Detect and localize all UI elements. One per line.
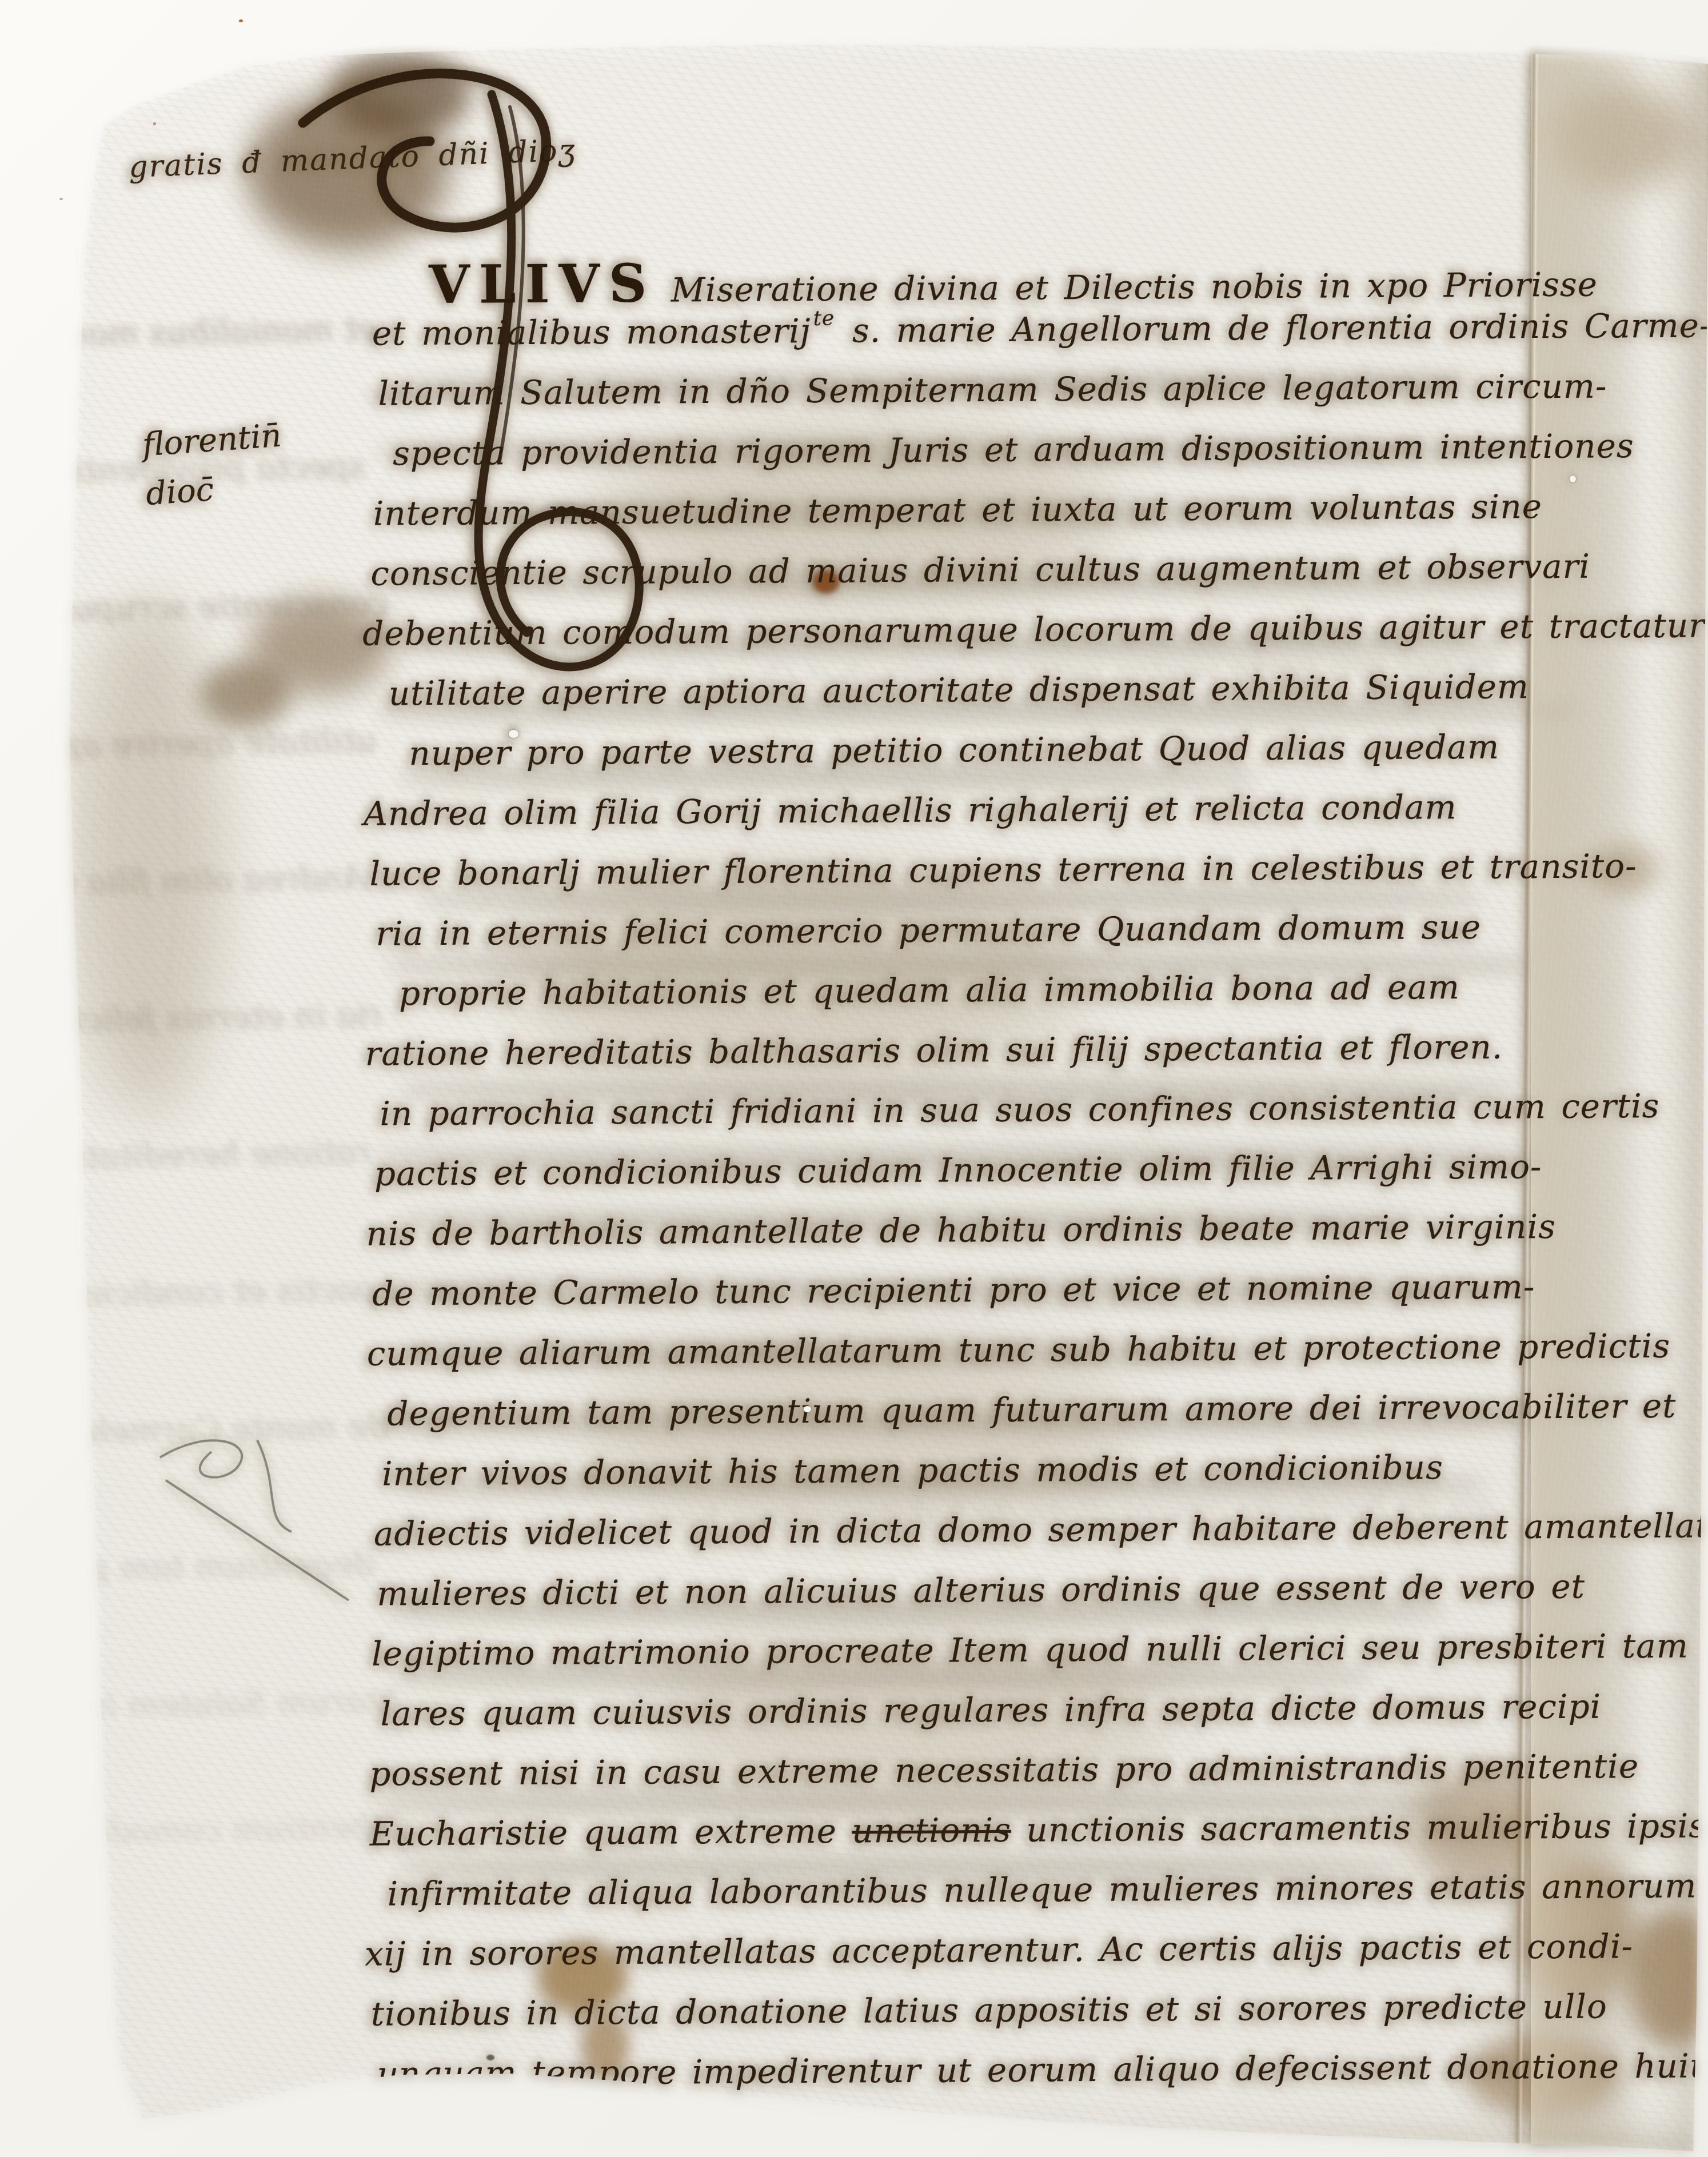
manuscript-word: rigorem (735, 431, 873, 470)
manuscript-word: que (1196, 1569, 1260, 1608)
manuscript-word: lares (380, 1694, 466, 1733)
manuscript-word: voluntas (1310, 488, 1456, 528)
manuscript-word: deberent (1352, 1508, 1509, 1548)
bleed-through-line: debentium comodum personarumque locorum … (0, 1807, 412, 1867)
manuscript-line: VLIVS Miseratione divina et Dilectis nob… (429, 246, 1618, 314)
manuscript-word: conscientie (370, 553, 568, 593)
manuscript-word: et (763, 972, 797, 1010)
manuscript-word: vice (1112, 1269, 1182, 1309)
manuscript-word: his (728, 1452, 779, 1491)
parchment-stain (586, 1337, 1129, 1520)
manuscript-word: condicionibus (542, 1152, 783, 1192)
manuscript-word: iuxta (1031, 490, 1118, 529)
manuscript-word: cultus (1035, 549, 1141, 589)
manuscript-word: alia (965, 970, 1029, 1010)
manuscript-word: in (526, 1994, 559, 2032)
manuscript-word: continebat (959, 729, 1144, 769)
manuscript-word: eorum (1183, 489, 1295, 528)
manuscript-word: parte (600, 732, 693, 772)
manuscript-word: et (1551, 1567, 1585, 1606)
manuscript-word: sub (1051, 1330, 1112, 1369)
manuscript-word: predicte (1383, 1987, 1527, 2027)
manuscript-word: mulieres (377, 1573, 528, 1613)
manuscript-word: ut (1132, 489, 1168, 528)
manuscript-word: habitationis (542, 972, 748, 1012)
manuscript-word: necessitatis (895, 1750, 1099, 1790)
manuscript-word: spectantia (1144, 1028, 1324, 1068)
manuscript-word: agitur (1379, 608, 1484, 647)
manuscript-word: ut (936, 2051, 972, 2090)
manuscript-word: pro (1114, 1749, 1173, 1789)
manuscript-word: vestra (708, 732, 816, 771)
manuscript-word: secu- (1703, 1625, 1708, 1665)
manuscript-word: Quod (1158, 729, 1250, 768)
ink-smudge-band (400, 1080, 1515, 1101)
manuscript-word: sorores (1238, 1988, 1368, 2028)
manuscript-word: possent (369, 1753, 503, 1793)
manuscript-word: condicionibus (1203, 1448, 1443, 1488)
manuscript-word: aperire (541, 672, 668, 712)
manuscript-word: quibus (1247, 608, 1364, 648)
ink-smudge-band (377, 1792, 1463, 1812)
ink-smudge-band (400, 1858, 1400, 1878)
manuscript-word: Arrighi (1310, 1148, 1434, 1187)
ink-smudge-band (389, 954, 1532, 975)
manuscript-word: amantellate (659, 1211, 865, 1251)
manuscript-word: Sedis (1054, 369, 1148, 409)
manuscript-word: defecissent (1235, 2048, 1432, 2088)
manuscript-word: quod (1044, 1630, 1131, 1669)
parchment-stain (1543, 86, 1692, 189)
manuscript-word: aliqua (588, 1872, 695, 1912)
manuscript-word: condi- (1527, 1927, 1633, 1966)
manuscript-line: infirmitate aliqua laborantibus nulleque… (387, 1867, 1628, 1934)
manuscript-word: Ac (1100, 1930, 1144, 1968)
manuscript-word: permutare (899, 910, 1082, 950)
manuscript-line: nuper pro parte vestra petitio contineba… (409, 726, 1621, 794)
manuscript-word: unctionis (1026, 1810, 1186, 1850)
manuscript-word: laborantibus (709, 1871, 928, 1911)
manuscript-word: transito- (1489, 846, 1637, 886)
manuscript-word: bona (1230, 969, 1315, 1008)
manuscript-word: Quandam (1097, 909, 1263, 949)
manuscript-word: relicta (1194, 789, 1306, 828)
manuscript-word: certis (1561, 1087, 1660, 1126)
manuscript-word: quam (881, 1391, 977, 1430)
manuscript-word: marie (1310, 1208, 1411, 1248)
manuscript-word: nisi (518, 1753, 580, 1792)
bleed-through-line: conscientie scrupulo ad maius divini cul… (0, 584, 389, 644)
manuscript-word: Angellorum (1011, 309, 1213, 349)
manuscript-word: quam (584, 1812, 680, 1852)
manuscript-word: beate (1199, 1209, 1295, 1248)
manuscript-word: eam (1387, 968, 1460, 1007)
manuscript-word: intentiones (1439, 426, 1634, 466)
manuscript-word: et (1063, 1270, 1097, 1309)
manuscript-word: minores (1275, 1868, 1415, 1908)
manuscript-word: de (432, 1214, 474, 1253)
manuscript-word: aplice (1163, 369, 1267, 408)
manuscript-word: et (984, 430, 1019, 469)
manuscript-word: divina (894, 269, 1000, 308)
manuscript-word: Carme- (1585, 306, 1708, 345)
manuscript-word: tamen (793, 1451, 902, 1491)
manuscript-word: scrupulo (582, 552, 733, 592)
manuscript-word: providentia (521, 432, 720, 472)
bleed-through-line: nis de bartholis amantellate de habitu o… (240, 1487, 1498, 1547)
parchment-hole (804, 1406, 811, 1412)
manuscript-word: Gorij (676, 792, 762, 831)
manuscript-word: ad (1330, 968, 1372, 1007)
manuscript-word: donatione (1447, 2047, 1619, 2087)
manuscript-scan: et monialibus monasterij s. marie Angell… (0, 0, 1708, 2157)
parchment-stain (1469, 2035, 1618, 2115)
manuscript-word: et (1478, 1928, 1512, 1967)
manuscript-word: predictis (1517, 1327, 1670, 1367)
manuscript-word: et (1154, 1449, 1188, 1488)
manuscript-word: protectione (1302, 1328, 1502, 1368)
manuscript-word: filia (594, 793, 661, 832)
parchment-stain (1629, 1909, 1708, 2046)
parchment-stain (657, 1629, 1172, 1800)
manuscript-word: condam (1321, 788, 1457, 827)
manuscript-line: nis de bartholis amantellate de habitu o… (366, 1207, 1624, 1274)
manuscript-word: dicta (836, 1511, 923, 1551)
bleed-through-line: utilitate aperire aptiora auctoritate di… (0, 721, 377, 781)
bleed-through-line: interdum mansuetudine temperat et iuxta … (206, 355, 1464, 416)
manuscript-word: nulleque (943, 1870, 1094, 1910)
bleed-through-line: degentium tam presentium quam futurarum … (0, 1544, 374, 1604)
manuscript-word: monte (429, 1273, 538, 1313)
parchment-hole (509, 730, 518, 738)
manuscript-word: et (493, 1153, 528, 1192)
manuscript-line: degentium tam presentium quam futurarum … (387, 1387, 1625, 1454)
manuscript-word: temperat (808, 490, 967, 530)
manuscript-word: de (1228, 309, 1270, 347)
manuscript-word: xij (365, 1934, 406, 1973)
manuscript-word: irrevocabiliter (1378, 1387, 1627, 1427)
ink-smudge-band (400, 766, 1258, 786)
manuscript-word: florentina (723, 851, 894, 891)
manuscript-line: possent nisi in casu extreme necessitati… (369, 1747, 1627, 1814)
ink-smudge-band (400, 374, 1486, 395)
margin-note-line: florentin̄ (141, 412, 283, 470)
manuscript-word: nuper (409, 733, 511, 773)
manuscript-word: in (872, 1091, 905, 1130)
manuscript-word: tionibus (371, 1994, 511, 2033)
manuscript-word: comercio (724, 911, 884, 951)
parchment-stain (583, 2018, 629, 2075)
bleed-through-line: specta providentia rigorem Juris et ardu… (0, 446, 366, 507)
manuscript-word: sue (1421, 908, 1481, 947)
manuscript-word: seu (1362, 1628, 1422, 1667)
manuscript-word: administrandis (1188, 1748, 1448, 1788)
ink-smudge-band (400, 1475, 1486, 1495)
manuscript-word: fridiani (730, 1091, 857, 1131)
manuscript-word: sancti (611, 1092, 715, 1132)
manuscript-word: mulier (595, 852, 708, 892)
manuscript-word: Carmelo (553, 1272, 700, 1312)
manuscript-word: olim (504, 793, 578, 832)
parchment-stain (74, 600, 223, 1115)
manuscript-word: modis (1036, 1449, 1139, 1489)
manuscript-word: infra (1064, 1689, 1147, 1729)
manuscript-word: de (1191, 609, 1233, 648)
manuscript-word: ad (748, 552, 791, 590)
manuscript-word: amantellatarum (667, 1331, 943, 1372)
manuscript-word: comodum (562, 612, 731, 652)
manuscript-word: cuiusvis (592, 1692, 732, 1732)
manuscript-word: presbiteri (1436, 1627, 1607, 1667)
manuscript-word: regulares (883, 1690, 1049, 1730)
ink-smudge-band (400, 634, 1515, 655)
manuscript-word: Sempiternam (805, 370, 1039, 410)
manuscript-word: habitu (936, 1210, 1048, 1249)
manuscript-word: petitio (831, 731, 944, 770)
manuscript-line: Eucharistie quam extreme unctionis uncti… (370, 1807, 1628, 1874)
manuscript-word: dño (727, 372, 791, 411)
manuscript-word: unctionis (852, 1811, 1011, 1851)
manuscript-line: specta providentia rigorem Juris et ardu… (393, 426, 1619, 494)
bleed-through-line: ria in eternis felici comercio permutare… (0, 995, 383, 1056)
manuscript-word: bartholis (489, 1213, 644, 1253)
manuscript-word: aliquo (1113, 2050, 1220, 2089)
manuscript-word: monasterij (626, 311, 811, 351)
bleed-through-line: de monte Carmelo tunc recipienti pro et … (0, 1407, 389, 1467)
manuscript-word: futurarum (992, 1389, 1170, 1429)
fold-light-band (1531, 53, 1708, 2154)
ink-smudge-band (377, 1149, 1549, 1169)
parchment-stain (813, 570, 839, 593)
manuscript-word: appositis (974, 1990, 1130, 2030)
manuscript-word: semper (1048, 1509, 1176, 1549)
manuscript-word: et (1253, 1329, 1287, 1368)
manuscript-word: in (421, 1934, 454, 1973)
manuscript-word: ria (376, 914, 424, 953)
manuscript-line: pactis et condicionibus cuidam Innocenti… (374, 1147, 1624, 1214)
manuscript-word: immobilia (1044, 969, 1215, 1009)
manuscript-line: xij in sorores mantellatas acceptarentur… (365, 1927, 1629, 1994)
manuscript-word: septa (1162, 1689, 1256, 1728)
manuscript-line: Andrea olim filia Gorij michaellis righa… (364, 786, 1622, 854)
manuscript-word: personarumque (745, 610, 1019, 651)
ink-smudge-band (377, 1412, 1549, 1432)
manuscript-word: maius (805, 551, 909, 590)
manuscript-word: non (684, 1572, 749, 1612)
manuscript-line: luce bonarlj mulier florentina cupiens t… (369, 846, 1622, 914)
manuscript-word: etatis (1430, 1867, 1527, 1907)
manuscript-word: parrochia (428, 1093, 596, 1133)
manuscript-word: tractatur (1549, 606, 1705, 646)
manuscript-word: Item (949, 1631, 1029, 1670)
header-chancery-note: gratis đ mandato dñi dioʒ (128, 133, 577, 185)
manuscript-word: mulieres (1108, 1869, 1259, 1909)
manuscript-word: quam (481, 1693, 577, 1732)
manuscript-line: legiptimo matrimonio procreate Item quod… (372, 1627, 1627, 1694)
manuscript-word: quarum- (1389, 1267, 1535, 1307)
manuscript-line: ria in eternis felici comercio permutare… (376, 906, 1622, 974)
manuscript-word: balthasaris (708, 1031, 901, 1071)
manuscript-word: dispensat (1029, 669, 1196, 709)
manuscript-word: Juris (888, 430, 969, 470)
manuscript-word: locorum (1033, 609, 1175, 649)
manuscript-word: simo- (1449, 1147, 1542, 1187)
manuscript-word: huiusmodi (1634, 2046, 1708, 2086)
vertical-fold-crease (1514, 53, 1539, 2151)
manuscript-word: michaellis (777, 790, 953, 830)
manuscript-word: alijs (1272, 1928, 1344, 1968)
manuscript-word: de (880, 1211, 922, 1250)
manuscript-word: proprie (399, 973, 528, 1013)
manuscript-word: confines (1088, 1089, 1234, 1129)
manuscript-word: amore (1185, 1389, 1295, 1428)
manuscript-word: sua (920, 1091, 980, 1130)
manuscript-word: xpo (1367, 266, 1428, 305)
manuscript-word: certis (1159, 1929, 1258, 1968)
manuscript-word: dicti (542, 1573, 620, 1612)
manuscript-word: marie (896, 310, 996, 350)
manuscript-word: domum (1278, 908, 1407, 948)
manuscript-word: annorum (1542, 1867, 1697, 1907)
ink-smudge-band (400, 1666, 1372, 1687)
parchment-stain (514, 872, 1086, 1072)
manuscript-word: in (1319, 266, 1352, 305)
manuscript-word: ordinis (747, 1691, 868, 1731)
manuscript-word: sacramentis (1200, 1808, 1411, 1848)
manuscript-word: eternis (487, 913, 609, 952)
manuscript-line: adiectis videlicet quod in dicta domo se… (374, 1507, 1626, 1574)
manuscript-word: dei (1310, 1388, 1363, 1428)
manuscript-word: sine (1471, 487, 1542, 526)
manuscript-line: in parrochia sancti fridiani in sua suos… (380, 1087, 1623, 1154)
manuscript-word: et (1377, 548, 1411, 587)
ink-smudge-band (377, 440, 1521, 461)
manuscript-word: habitare (1191, 1508, 1338, 1548)
ink-smudge-band (389, 1600, 1446, 1621)
manuscript-word: terrena (1057, 849, 1187, 889)
manuscript-word: tunc (959, 1331, 1036, 1370)
manuscript-word: specta (393, 433, 506, 473)
manuscript-line: mulieres dicti et non alicuius alterius … (377, 1567, 1626, 1634)
manuscript-line: lares quam cuiusvis ordinis regulares in… (380, 1687, 1627, 1754)
manuscript-word: dispositionum (1182, 428, 1425, 468)
manuscript-word: Miseratione (671, 269, 879, 309)
manuscript-word: recipi (1501, 1687, 1601, 1727)
parchment-stain (252, 97, 446, 246)
manuscript-line: inter vivos donavit his tamen pactis mod… (382, 1447, 1626, 1514)
manuscript-word: donavit (584, 1452, 713, 1492)
manuscript-word: consistentia (1248, 1088, 1458, 1128)
manuscript-word: pactis (1358, 1928, 1462, 1967)
manuscript-word: et (635, 1572, 669, 1611)
manuscript-word: adiectis (374, 1513, 509, 1553)
manuscript-word: impedirentur (692, 2051, 921, 2091)
bleed-through-line: Andrea olim filia Gorij michaellis righa… (0, 858, 366, 918)
parchment-stain (486, 2055, 494, 2060)
manuscript-word: tam (587, 1393, 653, 1432)
manuscript-word: litarum (378, 373, 505, 413)
manuscript-word: degentium (387, 1393, 572, 1433)
manuscript-word: filie (1228, 1149, 1295, 1188)
manuscript-word: Innocentie (939, 1150, 1124, 1190)
bleed-through-line: pactis et condicionibus cuidam Innocenti… (0, 1269, 377, 1330)
ink-smudge-band (389, 572, 1561, 592)
manuscript-word: videlicet (524, 1512, 672, 1552)
manuscript-word: extreme (737, 1751, 880, 1791)
manuscript-word: Andrea (364, 793, 489, 833)
manuscript-word: luce (369, 854, 442, 893)
manuscript-word: florentia (1285, 307, 1434, 347)
manuscript-line: debentium comodum personarumque locorum … (362, 606, 1621, 674)
manuscript-word: in (788, 1512, 821, 1551)
manuscript-word: et (1339, 1028, 1374, 1067)
manuscript-word: legiptimo (372, 1633, 536, 1673)
manuscript-word: augmentum (1156, 548, 1362, 588)
manuscript-word: mantellatas (614, 1932, 817, 1972)
manuscript-word: in (595, 1753, 628, 1792)
manuscript-word: virginis (1425, 1207, 1556, 1247)
parchment-sheet: et monialibus monasterij s. marie Angell… (0, 0, 1708, 2157)
letter-body-text: VLIVS Miseratione divina et Dilectis nob… (360, 246, 1629, 2114)
manuscript-line: conscientie scrupulo ad maius divini cul… (370, 546, 1620, 614)
manuscript-word: presentium (668, 1391, 865, 1431)
manuscript-word: habitu (1127, 1329, 1238, 1368)
manuscript-line: utilitate aperire aptiora auctoritate di… (389, 666, 1621, 734)
manuscript-word: Salutem (520, 373, 663, 413)
manuscript-word: observari (1426, 547, 1590, 587)
manuscript-word: penitentie (1462, 1747, 1639, 1787)
manuscript-word: Eucharistie (370, 1814, 569, 1854)
parchment-stain (540, 1943, 626, 2012)
interlinear-insertion: te (813, 307, 835, 330)
manuscript-word: tam (1622, 1627, 1689, 1666)
manuscript-word: mansuetudine (548, 492, 793, 532)
parchment-stain (1521, 1858, 1635, 2006)
manuscript-word: ullo (1542, 1987, 1607, 2026)
manuscript-line: interdum mansuetudine temperat et iuxta … (373, 486, 1620, 554)
manuscript-word: in (438, 914, 472, 953)
manuscript-word: cuidam (797, 1151, 924, 1191)
manuscript-word: utilitate (389, 673, 526, 713)
manuscript-line: de monte Carmelo tunc recipienti pro et … (372, 1267, 1625, 1334)
parchment-stain (1589, 843, 1658, 894)
manuscript-word: et (1197, 1269, 1231, 1308)
manuscript-word: pro (989, 1270, 1048, 1309)
manuscript-word: pactis (917, 1451, 1021, 1490)
manuscript-word: clerici (1238, 1628, 1347, 1668)
manuscript-word: et (1145, 1990, 1179, 2028)
manuscript-word: legatorum (1282, 368, 1460, 408)
parchment-stain (252, 600, 389, 692)
manuscript-word: suos (995, 1090, 1073, 1129)
manuscript-word: vero (1459, 1567, 1536, 1607)
manuscript-word: nis (366, 1214, 417, 1253)
manuscript-word: in (1202, 849, 1235, 888)
manuscript-word: exhibita (1211, 668, 1351, 708)
manuscript-word: in (380, 1094, 413, 1133)
manuscript-word: amantellate (1524, 1506, 1708, 1546)
manuscript-word: filij (1072, 1030, 1130, 1069)
manuscript-word: pro (526, 733, 585, 772)
manuscript-word: infirmitate (387, 1874, 572, 1914)
manuscript-line: ratione hereditatis balthasaris olim sui… (365, 1026, 1623, 1094)
manuscript-word: quedam (1361, 728, 1499, 767)
parchment-stain (203, 663, 289, 726)
manuscript-word: essent (1276, 1568, 1387, 1608)
manuscript-word: Dilectis (1064, 267, 1195, 307)
manuscript-word: si (1195, 1990, 1224, 2028)
manuscript-line: litarum Salutem in dño Sempiternam Sedis… (378, 366, 1619, 434)
